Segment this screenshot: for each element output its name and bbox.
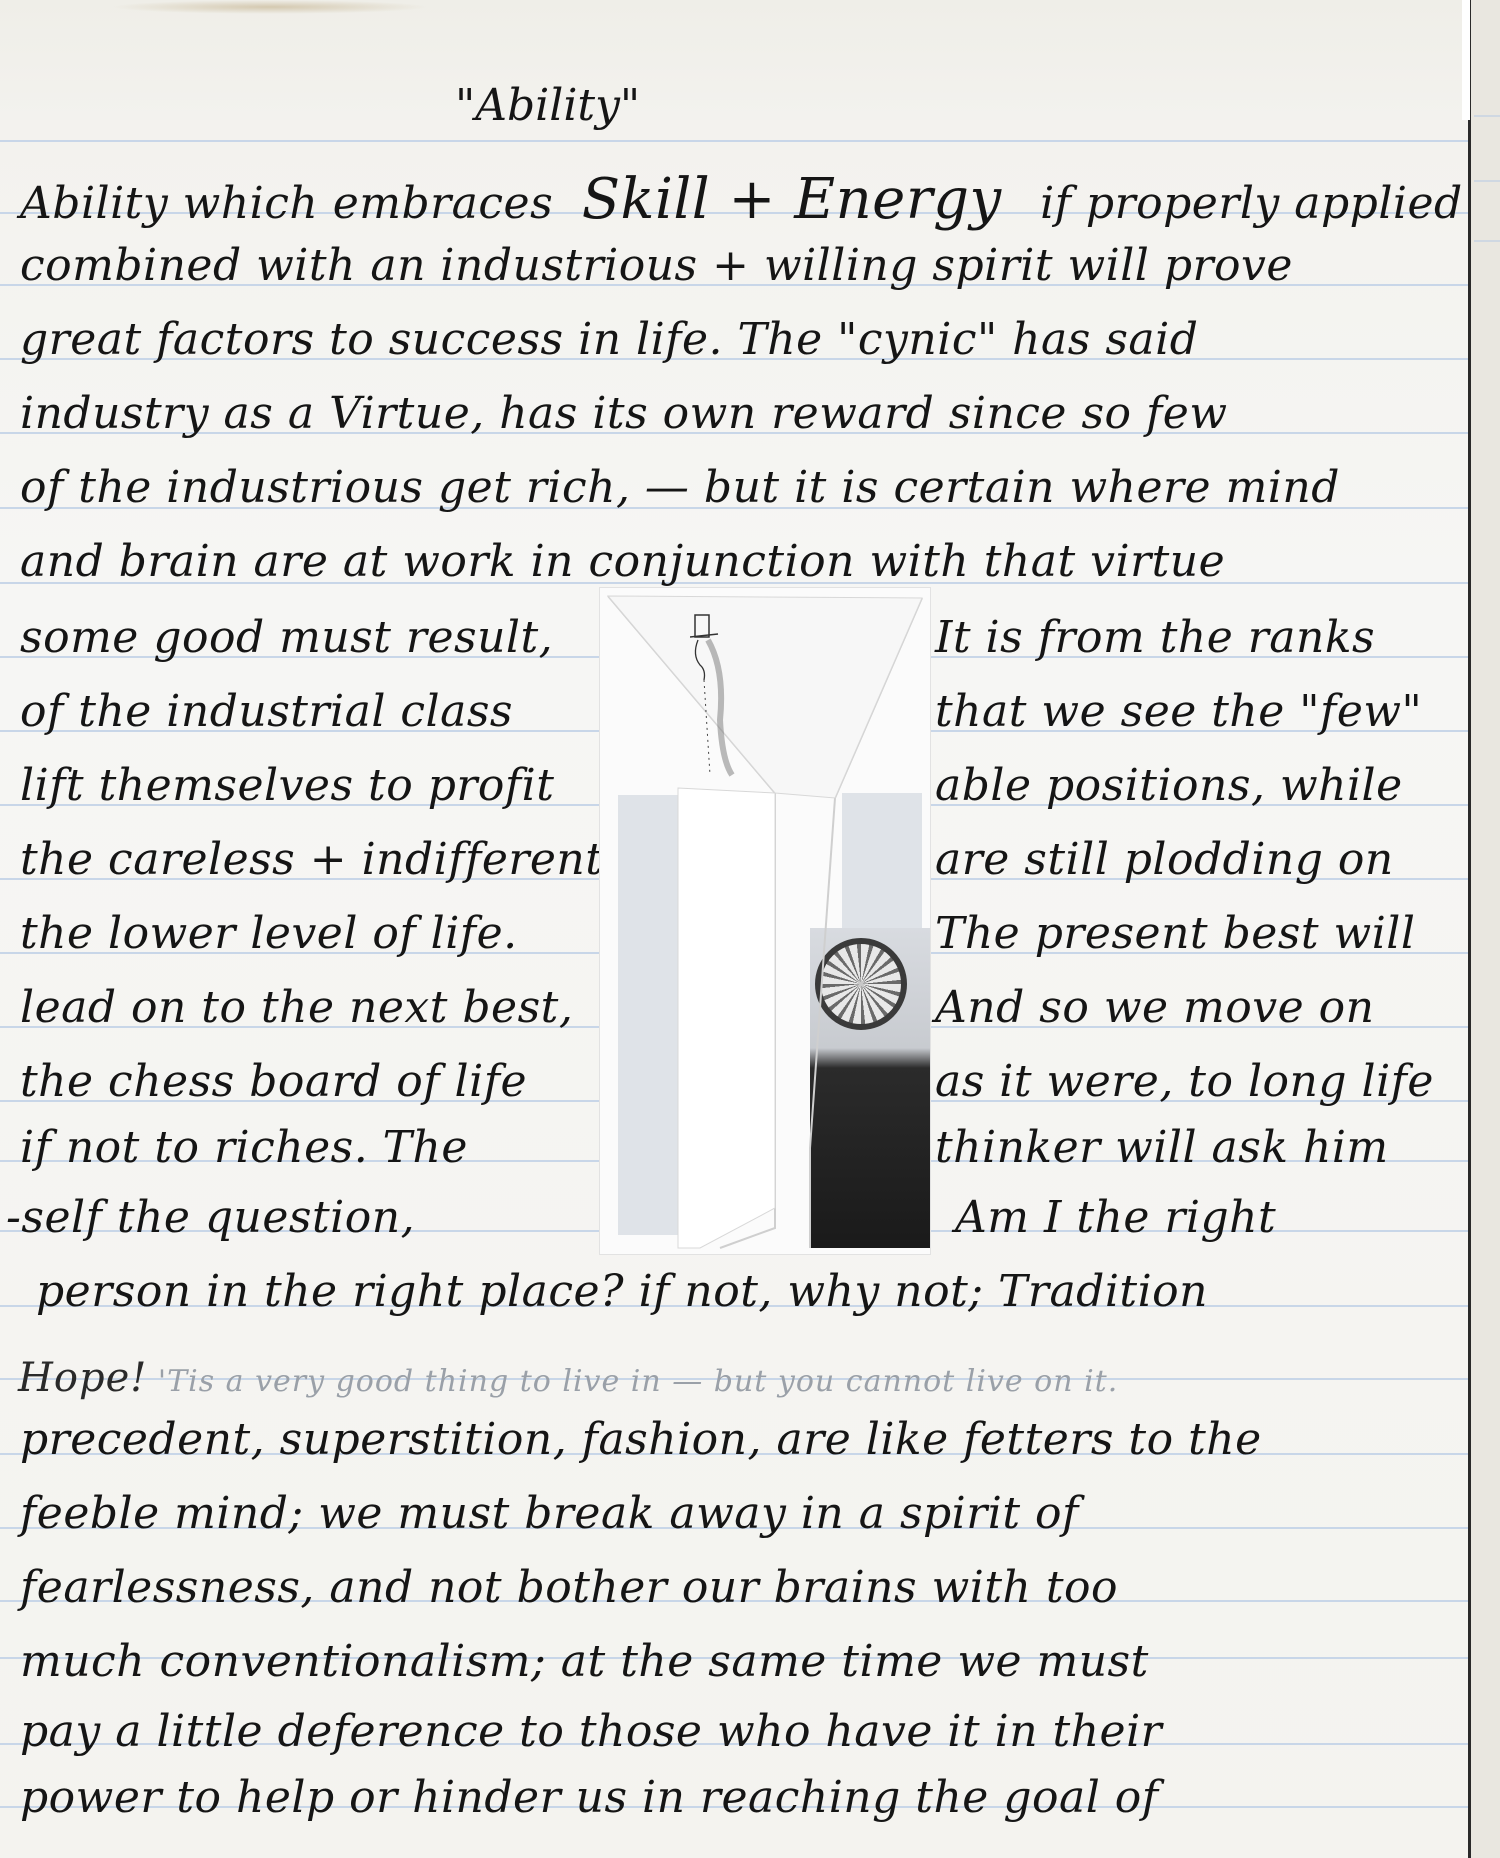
ruled-line [1474,180,1500,182]
text-line: much conventionalism; at the same time w… [20,1640,1149,1684]
adjacent-page-edge [1468,0,1500,1858]
text-line-right: The present best will [935,912,1415,956]
text-line: of the industrious get rich, — but it is… [20,466,1340,510]
text-line-right: Am I the right [955,1196,1276,1240]
text-line: if not to riches. The [20,1126,468,1170]
text-line: combined with an industrious + willing s… [20,244,1293,288]
text-line-right: that we see the "few" [935,690,1422,734]
text-line: some good must result, [20,616,553,660]
text-line: Ability which embraces Skill + Energy if… [20,172,1463,228]
text-line: industry as a Virtue, has its own reward… [20,392,1228,436]
text-line-right: as it were, to long life [935,1060,1434,1104]
text-line: precedent, superstition, fashion, are li… [20,1418,1262,1462]
pencil-annotation-text: 'Tis a very good thing to live in — but … [158,1364,1118,1399]
text-line: the careless + indifferent [20,838,603,882]
ruled-line [1474,240,1500,242]
text-line: the chess board of life [20,1060,527,1104]
text-line: person in the right place? if not, why n… [36,1270,1208,1314]
pencil-annotation-lead: Hope! [18,1355,147,1401]
text-line: the lower level of life. [20,912,518,956]
text-line: -self the question, [6,1196,415,1240]
page-title: "Ability" [455,80,640,131]
notebook-page: "Ability" Ability which embraces Skill +… [0,0,1468,1858]
text-line: lead on to the next best, [20,986,573,1030]
pasted-clipping [600,588,930,1254]
text-line-right: And so we move on [935,986,1374,1030]
text-line: power to help or hinder us in reaching t… [20,1776,1159,1820]
text-fragment-emphasis: Skill + Energy [582,167,1002,232]
text-line: pay a little deference to those who have… [20,1710,1162,1754]
text-fragment-left: some good must result, [20,612,553,663]
ruled-line [0,140,1468,142]
page-tear-gap [1462,0,1470,120]
pencil-annotation: Hope! 'Tis a very good thing to live in … [18,1355,1118,1401]
text-line: and brain are at work in conjunction wit… [20,540,1225,584]
text-line-right: able positions, while [935,764,1403,808]
text-line-right: It is from the ranks [935,616,1375,660]
text-line: lift themselves to profit [20,764,554,808]
ruled-line [1474,115,1500,117]
text-fragment: if properly applied [1040,178,1463,229]
text-line: feeble mind; we must break away in a spi… [20,1492,1079,1536]
text-line: great factors to success in life. The "c… [20,318,1198,362]
text-line-right: thinker will ask him [935,1126,1389,1170]
paper-fold-icon [600,588,930,1254]
text-line: fearlessness, and not bother our brains … [20,1566,1118,1610]
text-line: of the industrial class [20,690,513,734]
text-fragment: Ability which embraces [20,178,553,229]
text-line-right: are still plodding on [935,838,1394,882]
top-hat-figure-sketch-icon [690,610,750,780]
paper-stain [110,0,430,14]
